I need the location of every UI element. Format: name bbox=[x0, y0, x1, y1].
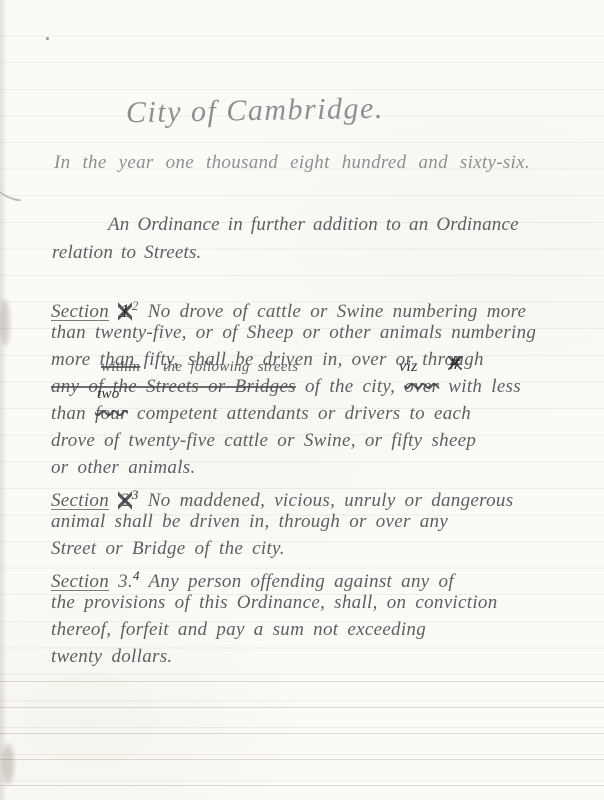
struck-word: over bbox=[404, 376, 439, 397]
line-text: than bbox=[51, 403, 86, 424]
section-1-heading-line: Section 12 No drove of cattle or Swine n… bbox=[51, 292, 599, 319]
manuscript-line: Street or Bridge of the city. bbox=[51, 535, 599, 562]
year-line: In the year one thousand eight hundred a… bbox=[54, 152, 530, 174]
margin-smudge bbox=[2, 744, 14, 784]
struck-phrase: any of the Streets or Bridges bbox=[51, 376, 296, 397]
section-3-revised-number: 4 bbox=[133, 568, 140, 583]
manuscript-line-edited: withinthe following streetsviz#any of th… bbox=[51, 373, 599, 400]
manuscript-line: than twenty-five, or of Sheep or other a… bbox=[51, 319, 599, 346]
manuscript-line: thereof, forfeit and pay a sum not excee… bbox=[51, 616, 599, 643]
interlinear-insert-word: two bbox=[97, 387, 120, 401]
line-text: with less bbox=[448, 376, 521, 397]
margin-smudge bbox=[0, 300, 10, 346]
ordinance-preamble: An Ordinance in further addition to an O… bbox=[52, 211, 519, 267]
section-1-struck-number: 1 bbox=[118, 298, 132, 325]
interlinear-insert-hash-struck: # bbox=[448, 356, 462, 370]
interlinear-insert-viz: viz bbox=[399, 360, 418, 374]
interlinear-insert-replacement: the following streets bbox=[163, 360, 298, 374]
struck-word: four bbox=[95, 403, 128, 424]
line-text: competent attendants or drivers to each bbox=[137, 403, 471, 424]
manuscript-line: twenty dollars. bbox=[51, 643, 599, 670]
manuscript-line: or other animals. bbox=[51, 454, 599, 481]
line-text: of the city, bbox=[305, 376, 395, 397]
section-3-heading-line: Section 3.4 Any person offending against… bbox=[51, 562, 599, 589]
ruled-lines-bottom bbox=[0, 656, 604, 800]
manuscript-line: the provisions of this Ordinance, shall,… bbox=[51, 589, 599, 616]
page-title: City of Cambridge. bbox=[126, 92, 384, 130]
manuscript-line: drove of twenty-five cattle or Swine, or… bbox=[51, 427, 599, 454]
preamble-line-2: relation to Streets. bbox=[52, 239, 519, 267]
manuscript-line-edited: twothan four competent attendants or dri… bbox=[51, 400, 599, 427]
preamble-line-1: An Ordinance in further addition to an O… bbox=[108, 211, 519, 239]
section-1-revised-number: 2 bbox=[132, 298, 139, 313]
manuscript-page: City of Cambridge. In the year one thous… bbox=[0, 0, 604, 800]
section-2-struck-number: 2 bbox=[118, 487, 132, 514]
section-2-revised-number: 3 bbox=[132, 487, 139, 502]
ink-speck bbox=[46, 37, 49, 40]
section-2-heading-line: Section 23 No maddened, vicious, unruly … bbox=[51, 481, 599, 508]
interlinear-insert-struck: within bbox=[101, 360, 140, 374]
scan-edge-shadow bbox=[0, 0, 7, 800]
manuscript-line: animal shall be driven in, through or ov… bbox=[51, 508, 599, 535]
ordinance-body: Section 12 No drove of cattle or Swine n… bbox=[51, 292, 599, 670]
